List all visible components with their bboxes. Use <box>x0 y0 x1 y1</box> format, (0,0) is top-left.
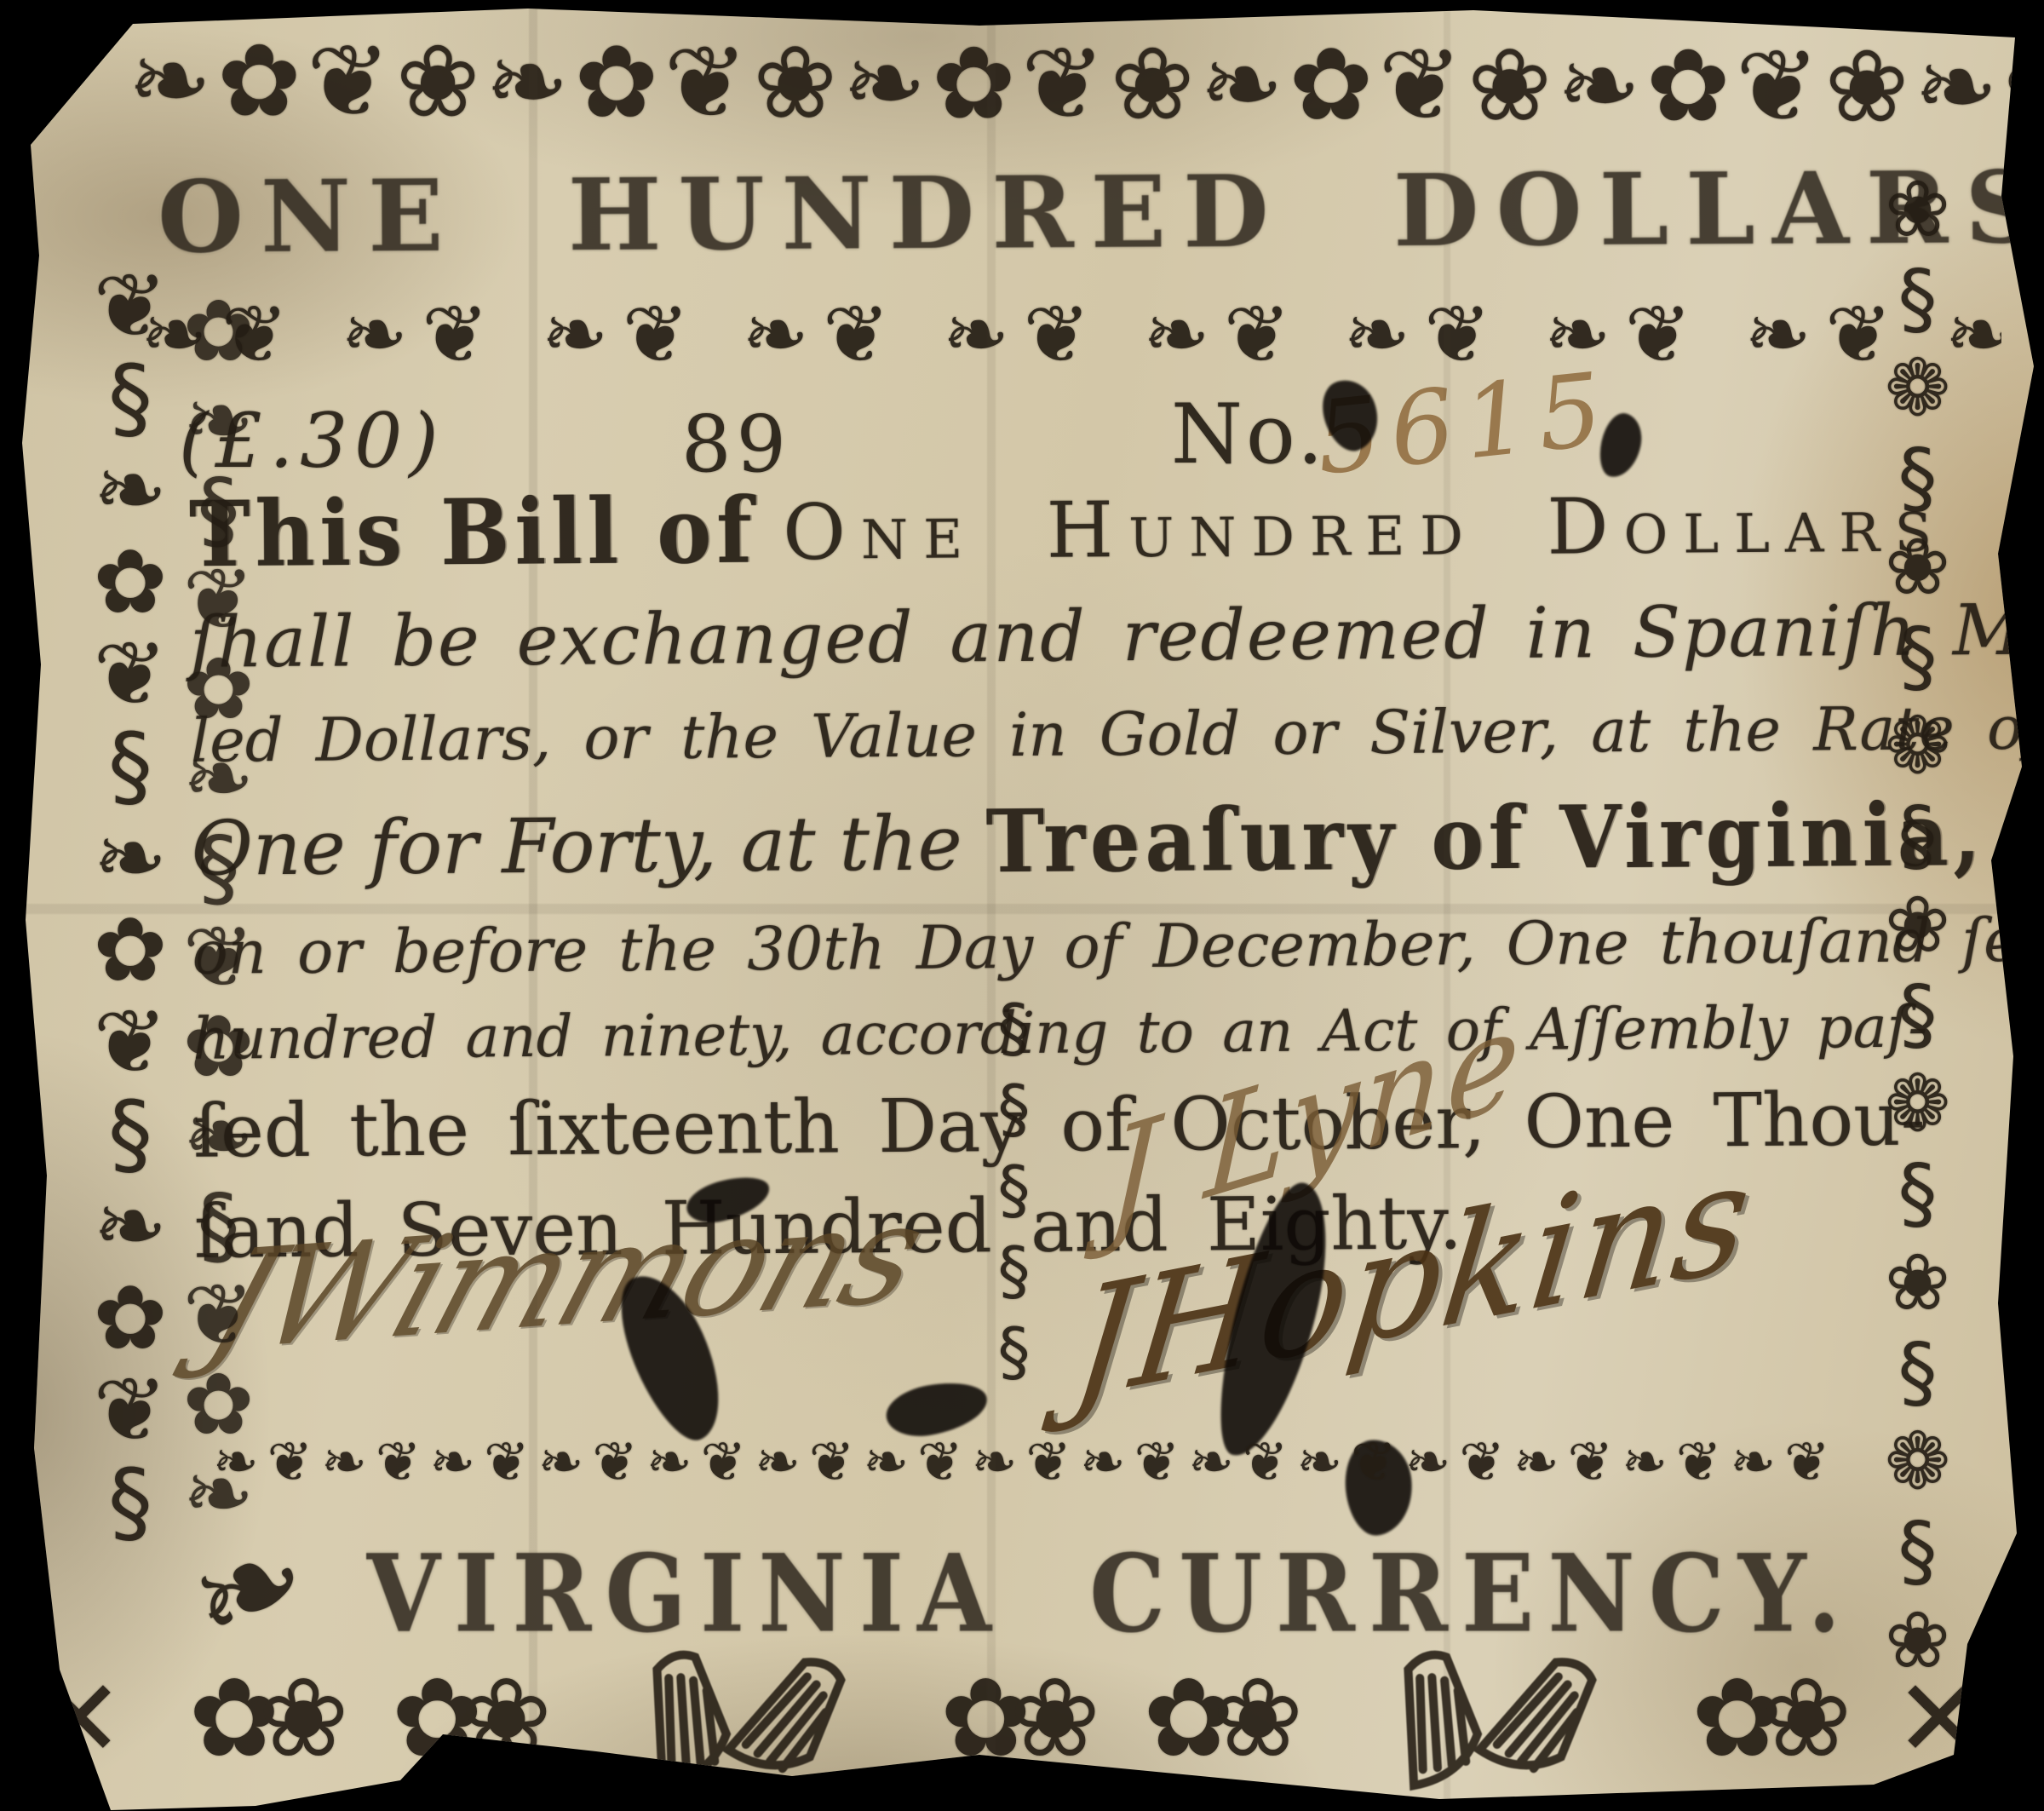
line1-smallcaps: One Hundred Dollars <box>783 480 1948 578</box>
corner-sprig-icon: ✕ <box>34 1656 124 1781</box>
crossed-harps-icon <box>1346 1647 1627 1791</box>
line4-blackletter: Treaſury of Virginia, <box>985 768 1986 908</box>
scan-background: ❧✿❦❀❧✿❦❀❧✿❦❀❧✿❦❀❧✿❦❀❧✿ ONE HUNDRED DOLLA… <box>0 0 2044 1811</box>
currency-footer-title: VIRGINIA CURRENCY. <box>366 1532 1854 1657</box>
obligation-line-2: ſhall be exchanged and redeemed in Spani… <box>190 581 1843 695</box>
left-border-ornament: ✿❧§❦✿❧§❦✿❧§❦✿❧ <box>169 281 268 1533</box>
line1-blackletter: This Bill of <box>189 470 757 596</box>
obligation-line-5: on or before the 30th Day of December, O… <box>192 898 1845 997</box>
flower-motif-icon: ✿❀ <box>392 1655 531 1782</box>
crossed-harps-icon <box>594 1647 876 1791</box>
footer-chain-ornament: ❧❦❧❦❧❦❧❦❧❦❧❦❧❦❧❦❧❦❧❦❧❦❧❦❧❦❧❦❧❦ <box>213 1424 1840 1501</box>
obligation-line-1: This Bill of One Hundred Dollars <box>189 468 1842 593</box>
denomination-title: ONE HUNDRED DOLLARS <box>158 150 2019 275</box>
left-border-ornament: ❦§❧✿❦§❧✿❦§❧✿❦§ <box>78 254 182 1542</box>
signature-divider-ornament: §§§§§ <box>976 990 1052 1394</box>
bottom-border-ornament: ✕ ✿❀ ✿❀ ✿❀ ✿❀ <box>34 1644 1984 1793</box>
flower-motif-icon: ✿❀ <box>1143 1655 1282 1782</box>
line4-roman: One for Forty, at the <box>191 799 962 892</box>
banknote-paper: ❧✿❦❀❧✿❦❀❧✿❦❀❧✿❦❀❧✿❦❀❧✿ ONE HUNDRED DOLLA… <box>0 0 2044 1811</box>
flower-motif-icon: ✿❀ <box>188 1655 327 1782</box>
flower-motif-icon: ✿❀ <box>1691 1655 1830 1782</box>
obligation-line-4: One for Forty, at the Treaſury of Virgin… <box>191 775 1844 910</box>
top-border-ornament: ❧✿❦❀❧✿❦❀❧✿❦❀❧✿❦❀❧✿❦❀❧✿ <box>128 15 2015 152</box>
scroll-chain-ornament: ❧❦ ❧❦ ❧❦ ❧❦ ❧❦ ❧❦ ❧❦ ❧❦ ❧❦ ❧❦ <box>141 283 2001 388</box>
serial-label: No. <box>1171 387 1327 482</box>
right-border-ornament: ❀§❁§❀§❁§❀§❁§❀§❁§❀ <box>1872 164 1963 1684</box>
flower-motif-icon: ✿❀ <box>940 1655 1079 1782</box>
